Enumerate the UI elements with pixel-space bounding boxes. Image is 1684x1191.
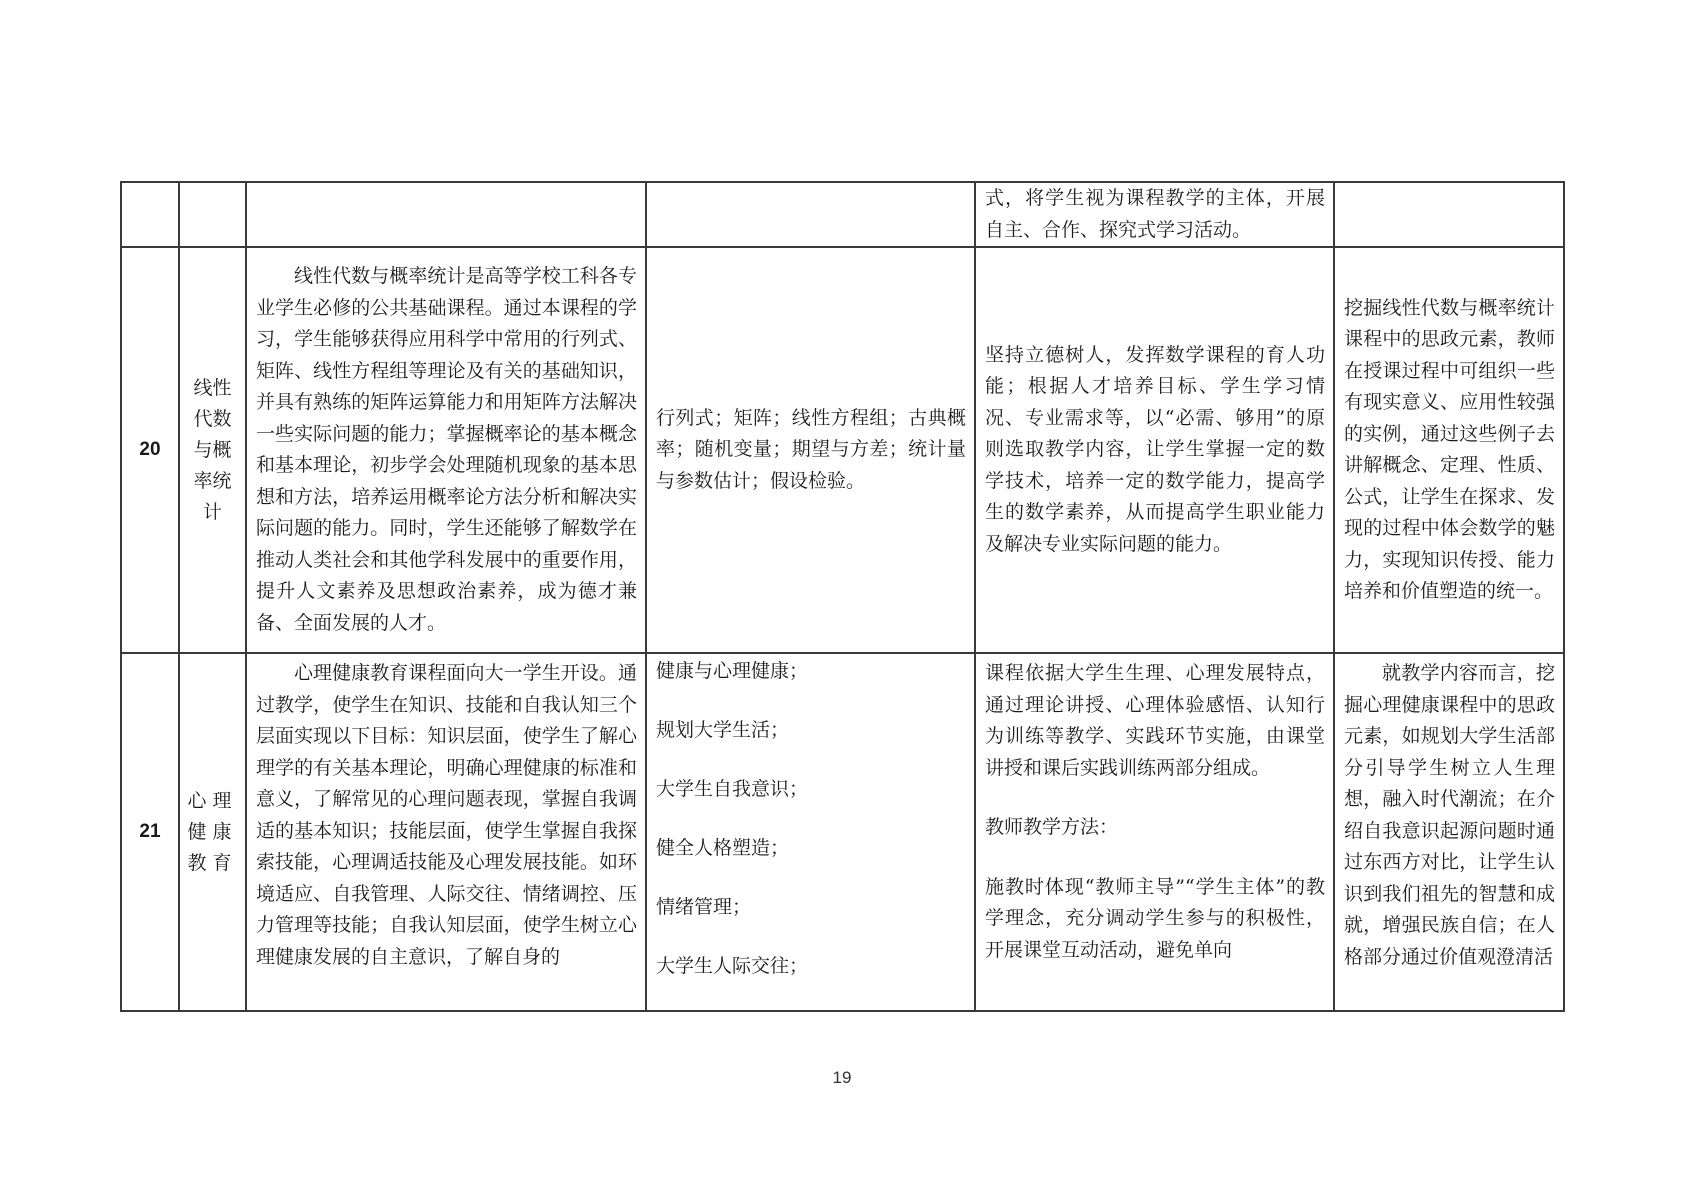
- cell-ideology-elements: [1334, 182, 1564, 247]
- table-row-21: 21 心理健康教育 心理健康教育课程面向大一学生开设。通过教学，使学生在知识、技…: [121, 653, 1564, 1011]
- method-paragraph: 施教时体现“教师主导”“学生主体”的教学理念，充分调动学生参与的积极性，开展课堂…: [985, 872, 1325, 967]
- curriculum-table: 式，将学生视为课程教学的主体，开展自主、合作、探究式学习活动。 20 线性代数与…: [120, 181, 1565, 1012]
- cell-course-goal: 线性代数与概率统计是高等学校工科各专业学生必修的公共基础课程。通过本课程的学习，…: [246, 247, 646, 653]
- cell-course-goal: 心理健康教育课程面向大一学生开设。通过教学，使学生在知识、技能和自我认知三个层面…: [246, 653, 646, 1011]
- cell-ideology-elements: 挖掘线性代数与概率统计课程中的思政元素，教师在授课过程中可组织一些有现实意义、应…: [1334, 247, 1564, 653]
- table-row-continuation: 式，将学生视为课程教学的主体，开展自主、合作、探究式学习活动。: [121, 182, 1564, 247]
- cell-number: [121, 182, 179, 247]
- method-heading: 教师教学方法：: [985, 812, 1325, 844]
- cell-main-content: 健康与心理健康； 规划大学生活； 大学生自我意识； 健全人格塑造； 情绪管理； …: [646, 653, 975, 1011]
- table-row-20: 20 线性代数与概率统计 线性代数与概率统计是高等学校工科各专业学生必修的公共基…: [121, 247, 1564, 653]
- cell-course-name: 心理健康教育: [179, 653, 246, 1011]
- cell-course-goal: [246, 182, 646, 247]
- cell-ideology-elements: 就教学内容而言，挖掘心理健康课程中的思政元素，如规划大学生活部分引导学生树立人生…: [1334, 653, 1564, 1011]
- content-item: 大学生人际交往；: [656, 951, 966, 982]
- cell-teaching-method: 课程依据大学生生理、心理发展特点，通过理论讲授、心理体验感悟、认知行为训练等教学…: [975, 653, 1334, 1011]
- content-item: 情绪管理；: [656, 892, 966, 923]
- content-item: 规划大学生活；: [656, 715, 966, 746]
- page-number: 19: [0, 1068, 1684, 1088]
- method-paragraph: 课程依据大学生生理、心理发展特点，通过理论讲授、心理体验感悟、认知行为训练等教学…: [985, 658, 1325, 784]
- cell-teaching-method: 式，将学生视为课程教学的主体，开展自主、合作、探究式学习活动。: [975, 182, 1334, 247]
- content-list: 健康与心理健康； 规划大学生活； 大学生自我意识； 健全人格塑造； 情绪管理； …: [647, 654, 974, 982]
- content-item: 健康与心理健康；: [656, 656, 966, 687]
- document-page: 式，将学生视为课程教学的主体，开展自主、合作、探究式学习活动。 20 线性代数与…: [0, 0, 1684, 1191]
- cell-main-content: 行列式；矩阵；线性方程组；古典概率；随机变量；期望与方差；统计量与参数估计；假设…: [646, 247, 975, 653]
- cell-course-name: 线性代数与概率统计: [179, 247, 246, 653]
- content-item: 大学生自我意识；: [656, 774, 966, 805]
- content-item: 健全人格塑造；: [656, 833, 966, 864]
- cell-number: 20: [121, 247, 179, 653]
- cell-number: 21: [121, 653, 179, 1011]
- cell-main-content: [646, 182, 975, 247]
- cell-teaching-method: 坚持立德树人，发挥数学课程的育人功能；根据人才培养目标、学生学习情况、专业需求等…: [975, 247, 1334, 653]
- cell-course-name: [179, 182, 246, 247]
